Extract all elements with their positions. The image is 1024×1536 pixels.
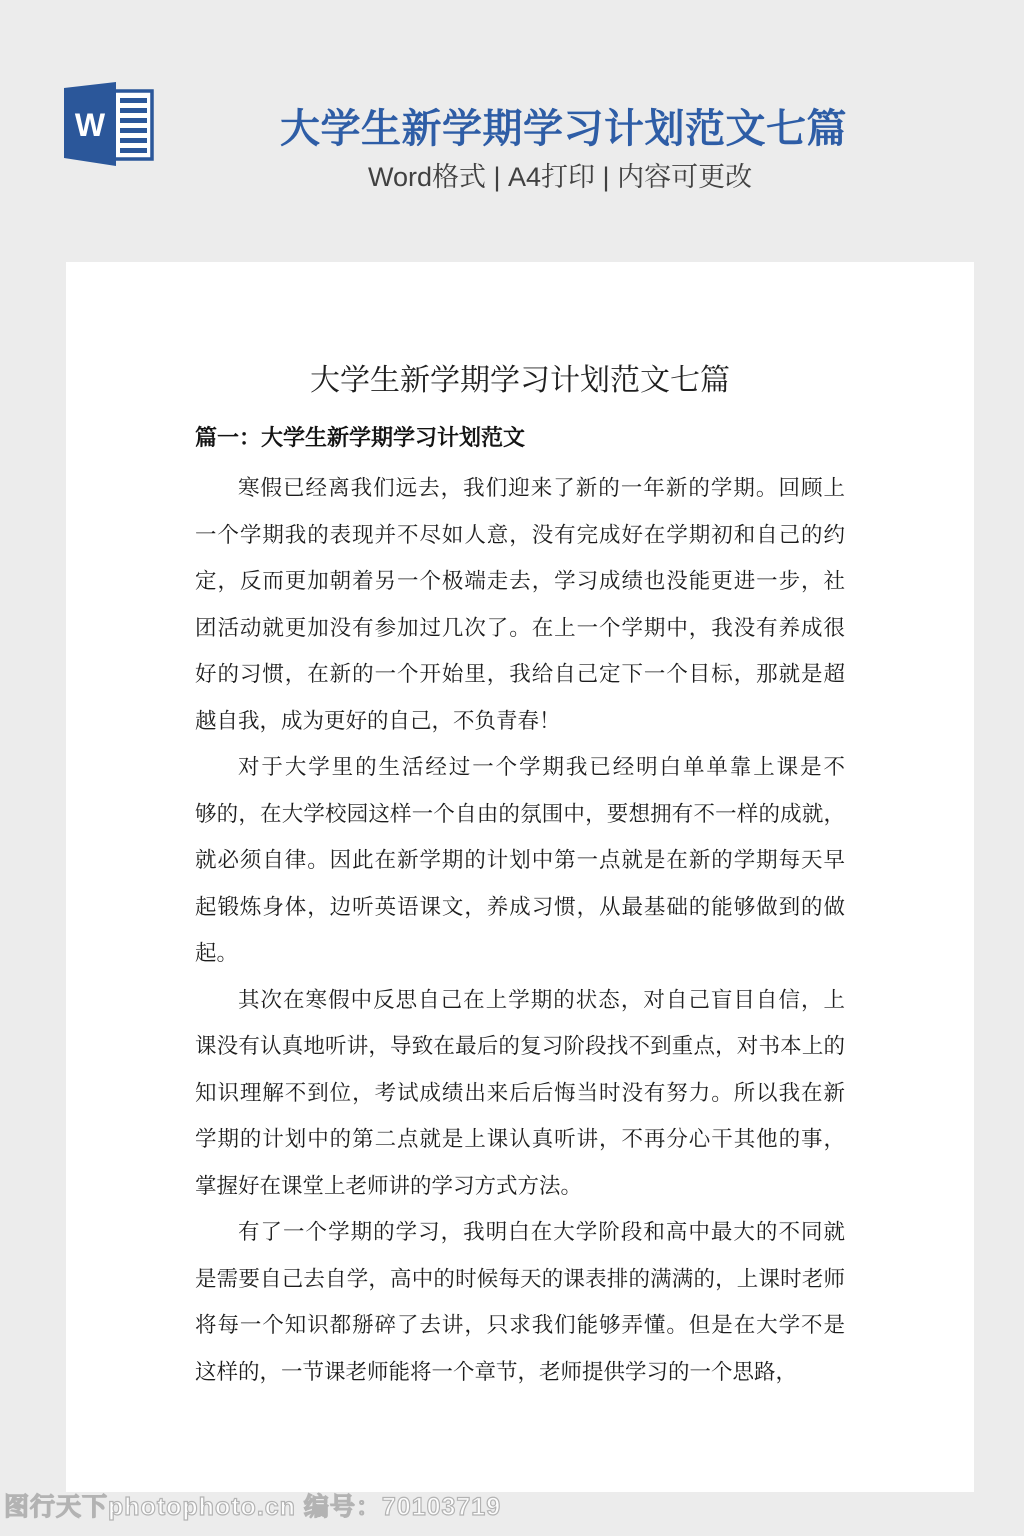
text-line: 够的，在大学校园这样一个自由的氛围中，要想拥有不一样的成就，	[195, 791, 845, 838]
text-line: 定，反而更加朝着另一个极端走去，学习成绩也没能更进一步，社	[195, 558, 845, 605]
text-line: 其次在寒假中反思自己在上学期的状态，对自己盲目自信，上	[195, 977, 845, 1024]
document-body: 寒假已经离我们远去，我们迎来了新的一年新的学期。回顾上一个学期我的表现并不尽如人…	[195, 465, 845, 1395]
product-subtitle: Word格式 | A4打印 | 内容可更改	[368, 155, 752, 194]
text-line: 将每一个知识都掰碎了去讲，只求我们能够弄懂。但是在大学不是	[195, 1302, 845, 1349]
paragraph: 其次在寒假中反思自己在上学期的状态，对自己盲目自信，上课没有认真地听讲，导致在最…	[195, 977, 845, 1210]
text-line: 有了一个学期的学习，我明白在大学阶段和高中最大的不同就	[195, 1209, 845, 1256]
text-line: 掌握好在课堂上老师讲的学习方式方法。	[195, 1163, 845, 1210]
text-line: 知识理解不到位，考试成绩出来后后悔当时没有努力。所以我在新	[195, 1070, 845, 1117]
text-line: 一个学期我的表现并不尽如人意，没有完成好在学期初和自己的约	[195, 512, 845, 559]
document-title: 大学生新学期学习计划范文七篇	[195, 360, 845, 402]
text-line: 起。	[195, 930, 845, 977]
text-line: 越自我，成为更好的自己，不负青春！	[195, 698, 845, 745]
page-background: W 大学生新学期学习计划范文七篇 Word格式 | A4打印 | 内容可更改 大…	[0, 0, 1024, 1536]
paragraph: 对于大学里的生活经过一个学期我已经明白单单靠上课是不够的，在大学校园这样一个自由…	[195, 744, 845, 977]
text-line: 是需要自己去自学，高中的时候每天的课表排的满满的，上课时老师	[195, 1256, 845, 1303]
text-line: 课没有认真地听讲，导致在最后的复习阶段找不到重点，对书本上的	[195, 1023, 845, 1070]
paragraph: 寒假已经离我们远去，我们迎来了新的一年新的学期。回顾上一个学期我的表现并不尽如人…	[195, 465, 845, 744]
text-line: 起锻炼身体，边听英语课文，养成习惯，从最基础的能够做到的做	[195, 884, 845, 931]
text-line: 对于大学里的生活经过一个学期我已经明白单单靠上课是不	[195, 744, 845, 791]
text-line: 学期的计划中的第二点就是上课认真听讲，不再分心干其他的事，	[195, 1116, 845, 1163]
text-line: 好的习惯，在新的一个开始里，我给自己定下一个目标，那就是超	[195, 651, 845, 698]
text-line: 就必须自律。因此在新学期的计划中第一点就是在新的学期每天早	[195, 837, 845, 884]
word-logo-letter: W	[75, 107, 106, 143]
word-logo-icon: W	[64, 82, 154, 166]
text-line: 这样的，一节课老师能将一个章节，老师提供学习的一个思路，	[195, 1349, 845, 1396]
watermark-text: 图行天下photophoto.cn 编号：70103719	[4, 1492, 501, 1522]
product-title: 大学生新学期学习计划范文七篇	[280, 97, 847, 154]
document-page: 大学生新学期学习计划范文七篇 篇一：大学生新学期学习计划范文 寒假已经离我们远去…	[66, 262, 974, 1492]
paragraph: 有了一个学期的学习，我明白在大学阶段和高中最大的不同就是需要自己去自学，高中的时…	[195, 1209, 845, 1395]
word-logo-svg: W	[64, 82, 154, 166]
section-heading: 篇一：大学生新学期学习计划范文	[195, 423, 845, 453]
text-line: 寒假已经离我们远去，我们迎来了新的一年新的学期。回顾上	[195, 465, 845, 512]
text-line: 团活动就更加没有参加过几次了。在上一个学期中，我没有养成很	[195, 605, 845, 652]
